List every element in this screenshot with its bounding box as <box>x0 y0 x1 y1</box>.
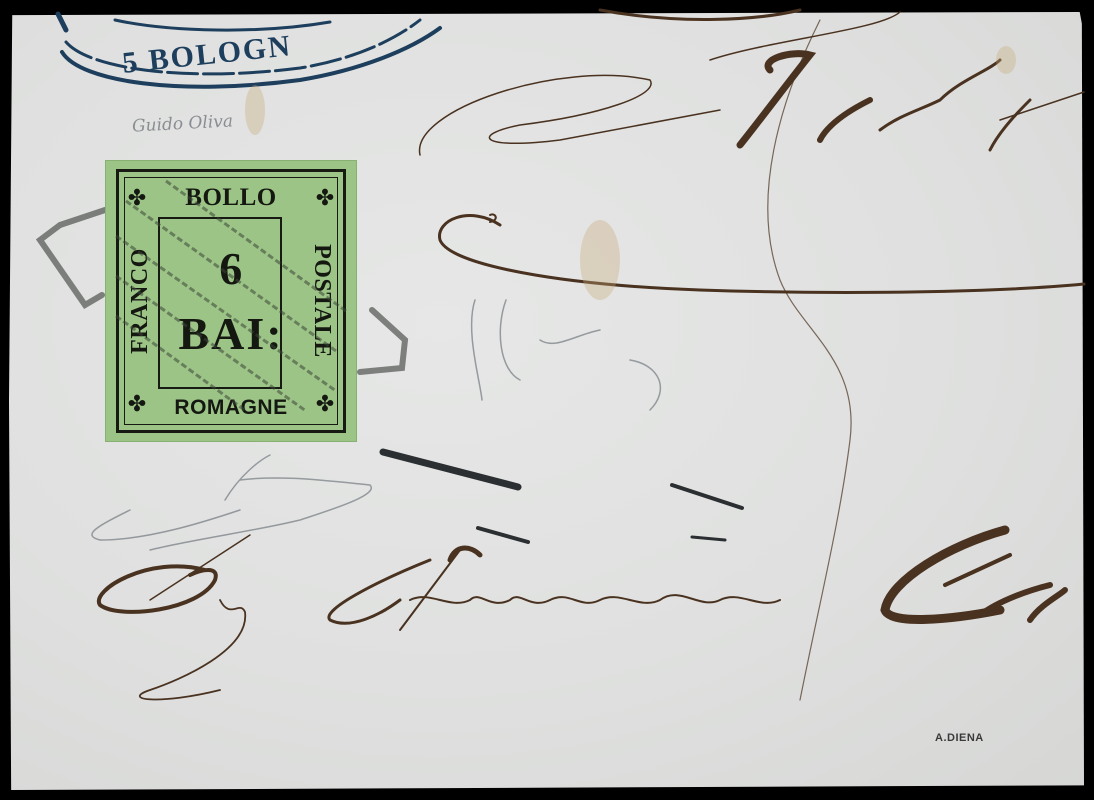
postmark-prefix: 5 <box>121 45 141 80</box>
grill-cancel-lines <box>106 161 356 441</box>
postage-stamp: ✤ ✤ ✤ ✤ BOLLO FRANCO POSTALE 6 BAI: ROMA… <box>106 161 356 441</box>
expertizer-signature: A.DIENA <box>935 732 984 744</box>
